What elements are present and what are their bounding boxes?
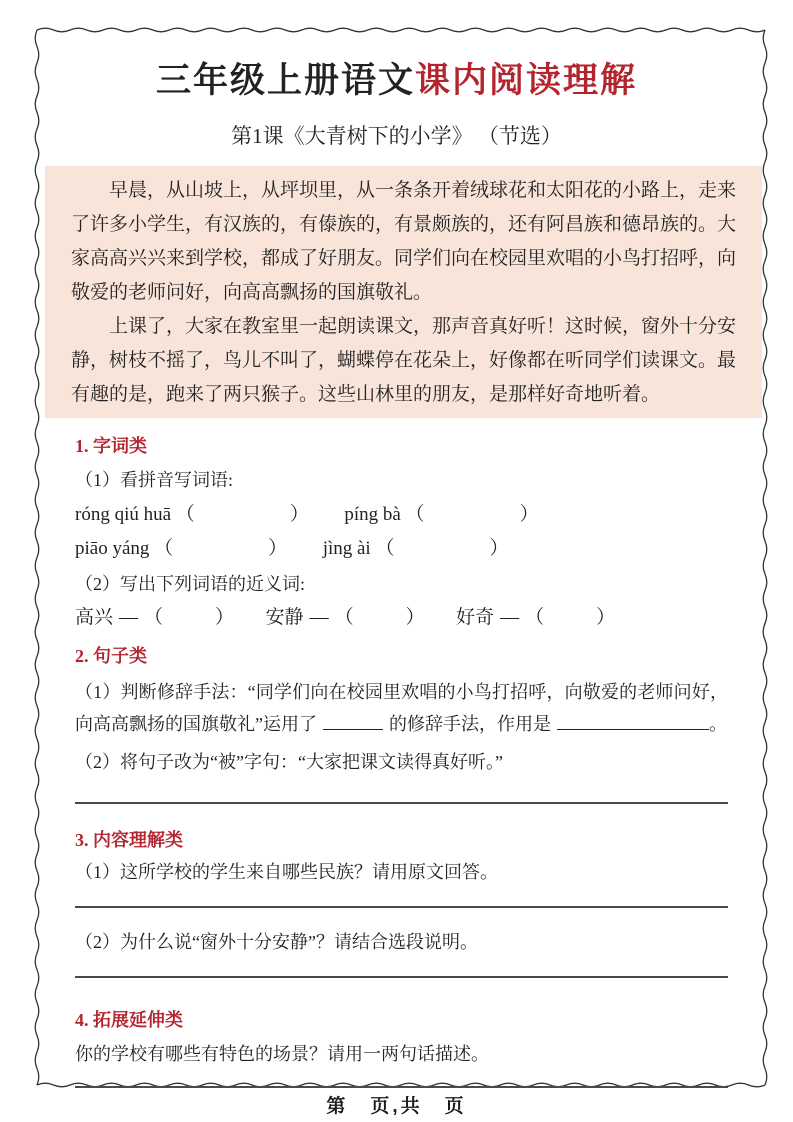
paren-open: （ bbox=[176, 502, 195, 528]
pinyin-word: róng qiú huā bbox=[75, 504, 171, 525]
answer-line bbox=[75, 976, 728, 978]
answer-line bbox=[75, 906, 728, 908]
worksheet-content: 三年级上册语文课内阅读理解 第1课《大青树下的小学》 （节选） 早晨，从山坡上，… bbox=[0, 58, 793, 1088]
paren-close: ） bbox=[520, 502, 539, 528]
title-black-part: 三年级上册语文 bbox=[156, 61, 415, 100]
section1-question1: （1）看拼音写词语: bbox=[75, 468, 728, 492]
paren-open: （ bbox=[335, 605, 354, 631]
synonym-word: 安静 bbox=[266, 607, 304, 628]
passage-paragraph-1: 早晨，从山坡上，从坪坝里，从一条条开着绒球花和太阳花的小路上，走来了许多小学生，… bbox=[71, 174, 736, 310]
worksheet-page: 三年级上册语文课内阅读理解 第1课《大青树下的小学》 （节选） 早晨，从山坡上，… bbox=[0, 0, 793, 1122]
lesson-subtitle: 第1课《大青树下的小学》 （节选） bbox=[0, 122, 793, 150]
em-dash: — bbox=[304, 607, 335, 628]
section2-question1: （1）判断修辞手法：“同学们向在校园里欢唱的小鸟打招呼，向敬爱的老师问好，向高高… bbox=[75, 676, 728, 740]
paren-close: ） bbox=[290, 502, 309, 528]
pinyin-word: jìng ài bbox=[323, 538, 371, 559]
section4-heading: 4. 拓展延伸类 bbox=[75, 1008, 728, 1032]
synonym-row: 高兴—（） 安静—（） 好奇—（） bbox=[75, 605, 728, 631]
section3-heading: 3. 内容理解类 bbox=[75, 828, 728, 852]
synonym-word: 高兴 bbox=[75, 607, 113, 628]
paren-close: ） bbox=[489, 536, 508, 562]
em-dash: — bbox=[494, 607, 525, 628]
section3-question1: （1）这所学校的学生来自哪些民族？请用原文回答。 bbox=[75, 860, 728, 884]
section1-question2: （2）写出下列词语的近义词: bbox=[75, 572, 728, 596]
pinyin-row-1: róng qiú huā （） píng bà （） bbox=[75, 502, 728, 528]
question-text: 。 bbox=[709, 714, 727, 734]
answer-line bbox=[75, 802, 728, 804]
paren-close: ） bbox=[268, 536, 287, 562]
question-text: 的修辞手法，作用是 bbox=[389, 714, 551, 734]
reading-passage: 早晨，从山坡上，从坪坝里，从一条条开着绒球花和太阳花的小路上，走来了许多小学生，… bbox=[45, 166, 762, 418]
passage-paragraph-2: 上课了，大家在教室里一起朗读课文，那声音真好听！这时候，窗外十分安静，树枝不摇了… bbox=[71, 310, 736, 412]
pinyin-word: píng bà bbox=[344, 504, 400, 525]
pinyin-row-2: piāo yáng （） jìng ài （） bbox=[75, 536, 728, 562]
paren-open: （ bbox=[525, 605, 544, 631]
paren-open: （ bbox=[375, 536, 394, 562]
section2-heading: 2. 句子类 bbox=[75, 644, 728, 668]
page-number-footer: 第 页,共 页 bbox=[0, 1091, 793, 1118]
section2-question2: （2）将句子改为“被”字句：“大家把课文读得真好听。” bbox=[75, 750, 728, 774]
section3-question2: （2）为什么说“窗外十分安静”？请结合选段说明。 bbox=[75, 930, 728, 954]
fill-in-blank bbox=[557, 712, 709, 730]
page-title: 三年级上册语文课内阅读理解 bbox=[0, 58, 793, 104]
em-dash: — bbox=[113, 607, 144, 628]
paren-open: （ bbox=[144, 605, 163, 631]
paren-close: ） bbox=[215, 605, 234, 631]
section4-question1: 你的学校有哪些有特色的场景？请用一两句话描述。 bbox=[75, 1042, 728, 1066]
paren-close: ） bbox=[596, 605, 615, 631]
title-red-part: 课内阅读理解 bbox=[415, 61, 637, 100]
paren-close: ） bbox=[406, 605, 425, 631]
paren-open: （ bbox=[154, 536, 173, 562]
fill-in-blank bbox=[323, 712, 383, 730]
paren-open: （ bbox=[406, 502, 425, 528]
pinyin-word: piāo yáng bbox=[75, 538, 149, 559]
section1-heading: 1. 字词类 bbox=[75, 434, 728, 458]
synonym-word: 好奇 bbox=[456, 607, 494, 628]
answer-line bbox=[75, 1086, 728, 1088]
